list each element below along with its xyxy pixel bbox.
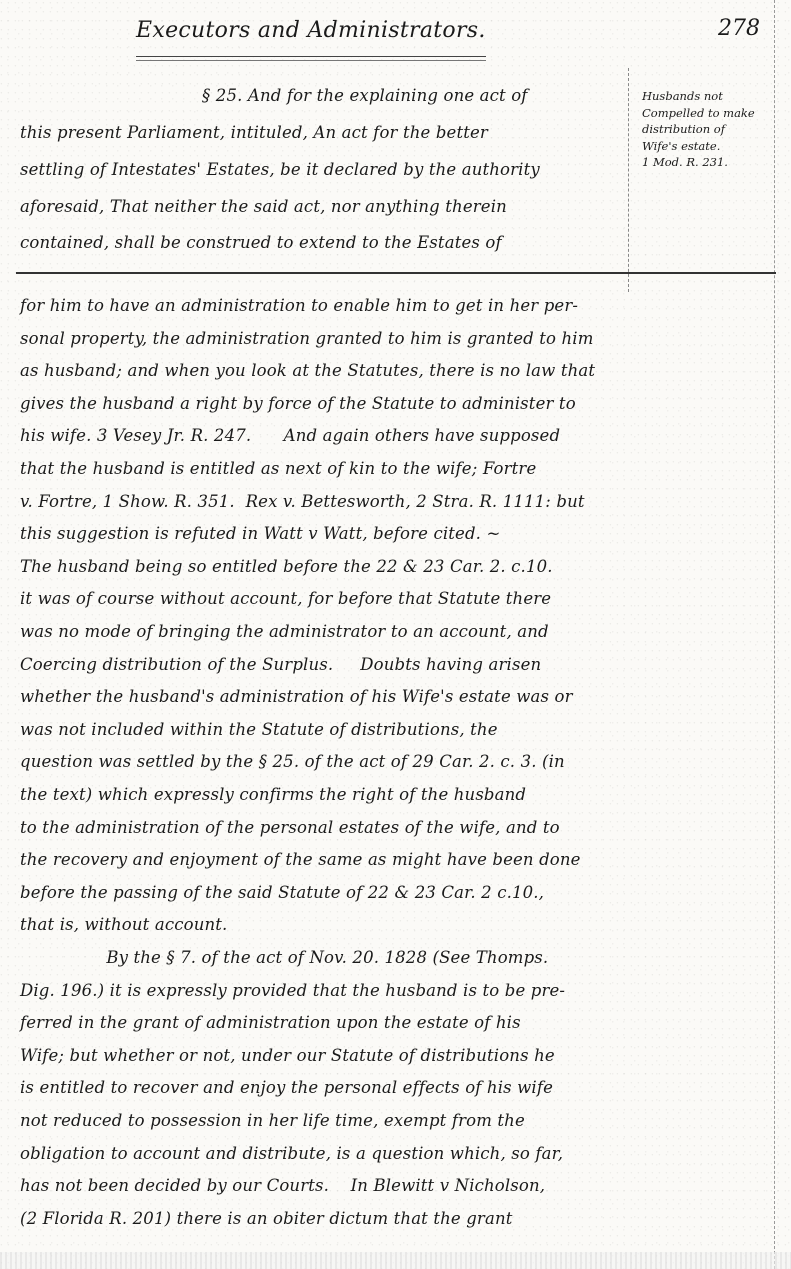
- commentary-text-line: gives the husband a right by force of th…: [20, 394, 576, 413]
- commentary-text-line: (2 Florida R. 201) there is an obiter di…: [20, 1209, 513, 1228]
- commentary-text-line: v. Fortre, 1 Show. R. 351. Rex v. Bettes…: [20, 492, 585, 511]
- marginal-note-line: Husbands not: [642, 88, 772, 105]
- commentary-text-line: was no mode of bringing the administrato…: [20, 622, 549, 641]
- commentary-text-line: not reduced to possession in her life ti…: [20, 1111, 525, 1130]
- marginal-note-line: Wife's estate.: [642, 138, 772, 155]
- commentary-text-line: that the husband is entitled as next of …: [20, 459, 536, 478]
- commentary-text-line: has not been decided by our Courts. In B…: [20, 1176, 545, 1195]
- commentary-text-line: this suggestion is refuted in Watt v Wat…: [20, 524, 500, 543]
- page-title: Executors and Administrators.: [136, 18, 486, 43]
- commentary-text-line: By the § 7. of the act of Nov. 20. 1828 …: [20, 948, 548, 967]
- commentary-text-line: Dig. 196.) it is expressly provided that…: [20, 981, 565, 1000]
- commentary-text-line: that is, without account.: [20, 915, 227, 934]
- marginal-note-line: 1 Mod. R. 231.: [642, 154, 772, 171]
- commentary-text-line: Wife; but whether or not, under our Stat…: [20, 1046, 555, 1065]
- page-right-border: [774, 0, 775, 1269]
- commentary-text-line: Coercing distribution of the Surplus. Do…: [20, 655, 541, 674]
- commentary-text-line: as husband; and when you look at the Sta…: [20, 361, 595, 380]
- page-bottom-edge: [0, 1252, 791, 1269]
- section-divider: [16, 272, 776, 274]
- commentary-text-line: ferred in the grant of administration up…: [20, 1013, 521, 1032]
- statute-text-line: § 25. And for the explaining one act of: [202, 86, 528, 105]
- commentary-text-line: the text) which expressly confirms the r…: [20, 785, 526, 804]
- title-underline: [136, 56, 486, 61]
- commentary-text-line: before the passing of the said Statute o…: [20, 883, 544, 902]
- commentary-text-line: question was settled by the § 25. of the…: [20, 752, 565, 771]
- manuscript-page: Executors and Administrators. 278 Husban…: [0, 0, 791, 1269]
- commentary-text-line: to the administration of the personal es…: [20, 818, 560, 837]
- commentary-text-line: is entitled to recover and enjoy the per…: [20, 1078, 553, 1097]
- marginal-note-line: Compelled to make: [642, 105, 772, 122]
- commentary-text-line: it was of course without account, for be…: [20, 589, 551, 608]
- statute-text-line: aforesaid, That neither the said act, no…: [20, 197, 507, 216]
- statute-text-line: this present Parliament, intituled, An a…: [20, 123, 488, 142]
- commentary-text-line: obligation to account and distribute, is…: [20, 1144, 563, 1163]
- commentary-text-line: The husband being so entitled before the…: [20, 557, 553, 576]
- page-number: 278: [718, 16, 760, 41]
- commentary-text-line: whether the husband's administration of …: [20, 687, 573, 706]
- commentary-text-line: the recovery and enjoyment of the same a…: [20, 850, 581, 869]
- commentary-text-line: was not included within the Statute of d…: [20, 720, 498, 739]
- commentary-text-line: for him to have an administration to ena…: [20, 296, 578, 315]
- statute-text-line: contained, shall be construed to extend …: [20, 233, 502, 252]
- marginal-note-line: distribution of: [642, 121, 772, 138]
- commentary-text-line: sonal property, the administration grant…: [20, 329, 594, 348]
- marginal-note-divider: [628, 68, 629, 292]
- marginal-note: Husbands not Compelled to make distribut…: [642, 88, 772, 171]
- statute-text-line: settling of Intestates' Estates, be it d…: [20, 160, 540, 179]
- commentary-text-line: his wife. 3 Vesey Jr. R. 247. And again …: [20, 426, 560, 445]
